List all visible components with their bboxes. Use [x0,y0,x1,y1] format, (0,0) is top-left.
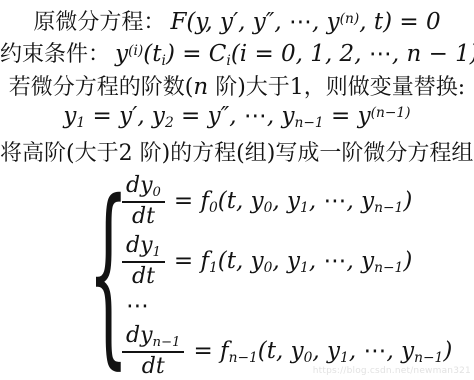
watermark: https://blog.csdn.net/newman321 [313,366,471,376]
equation-line-original-ode: 原微分方程： F(y, y′, y″, ⋯, y(n), t) = 0 [0,5,474,36]
fraction-dyn1-dt: dyn−1 dt [122,323,184,379]
formula-constraints: y(i)(ti) = Ci(i = 0, 1, 2, ⋯, n − 1) [115,41,474,67]
substitution-note-post: 阶)大于1，则做变量替换: [208,75,465,100]
text-line-substitution-note: 若微分方程的阶数(n 阶)大于1，则做变量替换: [0,70,474,101]
label-original-ode: 原微分方程： [33,10,165,35]
left-brace: { [88,178,114,373]
ode-row-n-1-rhs: = fn−1(t, y0, y1, ⋯, yn−1) [193,338,452,364]
substitution-note-var: n [193,74,208,100]
ode-row-0-rhs: = f0(t, y0, y1, ⋯, yn−1) [174,188,412,214]
equation-line-constraints: 约束条件： y(i)(ti) = Ci(i = 0, 1, 2, ⋯, n − … [0,37,474,68]
ode-row-1: dy1 dt = f1(t, y0, y1, ⋯, yn−1) [122,233,452,289]
label-constraints: 约束条件： [0,42,110,67]
equation-line-variable-substitution: y1 = y′, y2 = y″, ⋯, yn−1 = y(n−1) [0,103,474,129]
text-line-first-order-note: 将高阶(大于2 阶)的方程(组)写成一阶微分方程组: [0,136,474,167]
formula-variable-substitution: y1 = y′, y2 = y″, ⋯, yn−1 = y(n−1) [63,103,410,129]
equation-system: { dy0 dt = f0(t, y0, y1, ⋯, yn−1) dy1 dt… [88,178,452,374]
equation-column: dy0 dt = f0(t, y0, y1, ⋯, yn−1) dy1 dt =… [122,173,452,379]
ode-row-ellipsis: ⋯ [122,293,452,319]
ode-row-0: dy0 dt = f0(t, y0, y1, ⋯, yn−1) [122,173,452,229]
fraction-denominator: dt [132,263,155,289]
formula-original-ode: F(y, y′, y″, ⋯, y(n), t) = 0 [170,9,440,35]
fraction-numerator: dyn−1 [122,323,184,353]
fraction-denominator: dt [132,203,155,229]
first-order-note: 将高阶(大于2 阶)的方程(组)写成一阶微分方程组: [0,141,474,166]
substitution-note-pre: 若微分方程的阶数( [9,75,194,100]
fraction-denominator: dt [142,353,165,379]
ode-row-1-rhs: = f1(t, y0, y1, ⋯, yn−1) [174,248,412,274]
ellipsis: ⋯ [126,293,149,319]
